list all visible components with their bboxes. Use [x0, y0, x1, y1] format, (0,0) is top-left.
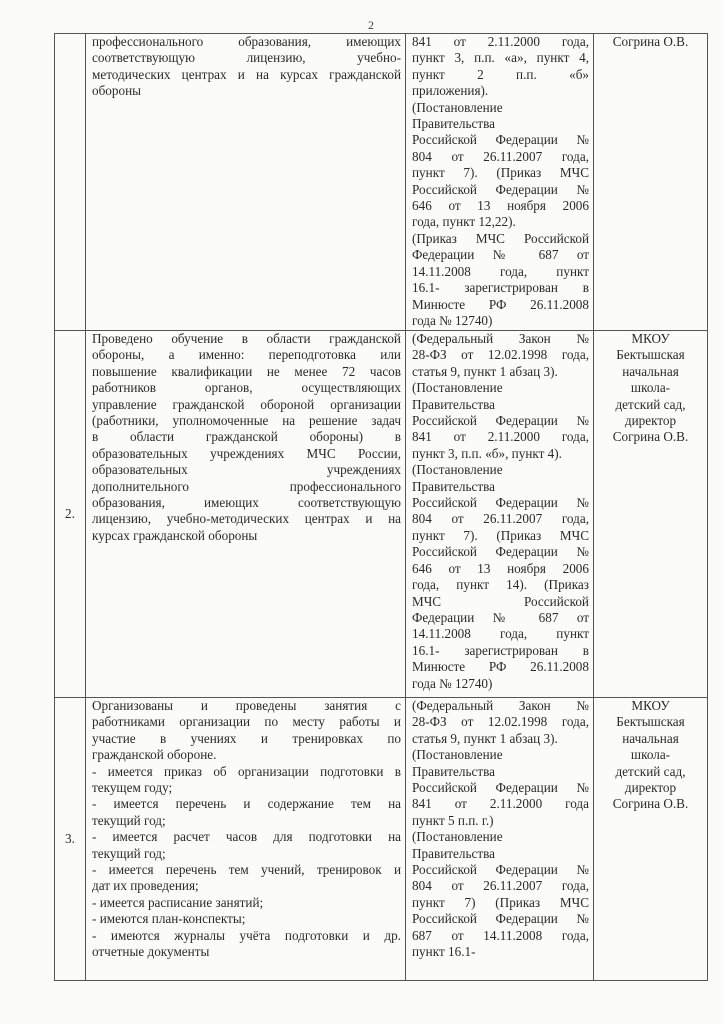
cell-line: лицензию, учебно-методических центрах и …: [92, 511, 401, 527]
legal-basis: (Федеральный Закон №28-ФЗ от 12.02.1998 …: [406, 698, 594, 981]
cell-line: года № 12740): [412, 676, 589, 692]
cell-line: 841 от 2.11.2000 года,: [412, 429, 589, 445]
cell-line: директор: [597, 413, 704, 429]
cell-line: Российской Федерации №: [412, 495, 589, 511]
measure-description: профессионального образования, имеющихсо…: [86, 34, 406, 331]
cell-line: методических центрах и на курсах граждан…: [92, 67, 401, 83]
cell-line: 646 от 13 ноября 2006: [412, 561, 589, 577]
cell-line: 804 от 26.11.2007 года,: [412, 878, 589, 894]
cell-line: - имеется расчет часов для подготовки на: [92, 829, 401, 845]
cell-line: года, пункт 12,22).: [412, 214, 589, 230]
cell-line: соответствующую лицензию, учебно-: [92, 50, 401, 66]
cell-line: (Постановление: [412, 100, 589, 116]
legal-basis: (Федеральный Закон №28-ФЗ от 12.02.1998 …: [406, 331, 594, 698]
cell-line: МКОУ: [597, 331, 704, 347]
cell-line: Российской Федерации №: [412, 132, 589, 148]
cell-line: отчетные документы: [92, 944, 401, 960]
responsible-party: МКОУБектышскаяначальнаяшкола-детский сад…: [594, 698, 708, 981]
cell-line: Российской Федерации №: [412, 780, 589, 796]
cell-line: обороны, а именно: переподготовка или: [92, 347, 401, 363]
cell-line: Федерации № 687 от: [412, 610, 589, 626]
cell-line: Организованы и проведены занятия с: [92, 698, 401, 714]
cell-line: (Постановление: [412, 380, 589, 396]
cell-line: МЧС Российской: [412, 594, 589, 610]
cell-line: 14.11.2008 года, пункт: [412, 264, 589, 280]
cell-line: Правительства: [412, 479, 589, 495]
cell-line: - имеется приказ об организации подготов…: [92, 764, 401, 780]
cell-line: 841 от 2.11.2000 года: [412, 796, 589, 812]
cell-line: (Федеральный Закон №: [412, 698, 589, 714]
cell-line: 14.11.2008 года, пункт: [412, 626, 589, 642]
table-row: профессионального образования, имеющихсо…: [55, 34, 708, 331]
cell-line: образовательных учреждениях МЧС России,: [92, 446, 401, 462]
cell-line: Бектышская: [597, 347, 704, 363]
cell-line: Российской Федерации №: [412, 911, 589, 927]
cell-line: Минюсте РФ 26.11.2008: [412, 659, 589, 675]
cell-line: работниками организации по месту работы …: [92, 714, 401, 730]
cell-line: пункт 7) (Приказ МЧС: [412, 895, 589, 911]
cell-line: пункт 5 п.п. г.): [412, 813, 589, 829]
responsible-party: МКОУБектышскаяначальнаяшкола-детский сад…: [594, 331, 708, 698]
cell-line: текущем году;: [92, 780, 401, 796]
cell-line: - имеется перечень тем учений, тренирово…: [92, 862, 401, 878]
cell-line: участие в учениях и тренировках по: [92, 731, 401, 747]
cell-line: Российской Федерации №: [412, 413, 589, 429]
cell-line: Федерации № 687 от: [412, 247, 589, 263]
cell-line: (Приказ МЧС Российской: [412, 231, 589, 247]
cell-line: - имеются журналы учёта подготовки и др.: [92, 928, 401, 944]
cell-line: года № 12740): [412, 313, 589, 329]
cell-line: Согрина О.В.: [597, 34, 704, 50]
cell-line: дополнительного профессионального: [92, 479, 401, 495]
page-number: 2: [368, 18, 374, 33]
row-number: 2.: [55, 331, 86, 698]
cell-line: гражданской обороне.: [92, 747, 401, 763]
cell-line: Правительства: [412, 764, 589, 780]
cell-line: повышение квалификации не менее 72 часов: [92, 364, 401, 380]
cell-line: 646 от 13 ноября 2006: [412, 198, 589, 214]
table-row: 2.Проведено обучение в области гражданск…: [55, 331, 708, 698]
row-number: 3.: [55, 698, 86, 981]
cell-line: 804 от 26.11.2007 года,: [412, 149, 589, 165]
table-row: 3.Организованы и проведены занятия срабо…: [55, 698, 708, 981]
cell-line: текущий год;: [92, 846, 401, 862]
cell-line: детский сад,: [597, 397, 704, 413]
cell-line: образовательных учреждениях: [92, 462, 401, 478]
cell-line: курсах гражданской обороны: [92, 528, 401, 544]
cell-line: Российской Федерации №: [412, 182, 589, 198]
cell-line: 16.1- зарегистрирован в: [412, 643, 589, 659]
cell-line: пункт 2 п.п. «б»: [412, 67, 589, 83]
cell-line: работников органов, осуществляющих: [92, 380, 401, 396]
cell-line: (Постановление: [412, 462, 589, 478]
cell-line: статья 9, пункт 1 абзац 3).: [412, 364, 589, 380]
cell-line: (работники, уполномоченные на решение за…: [92, 413, 401, 429]
measure-description: Проведено обучение в области гражданской…: [86, 331, 406, 698]
cell-line: Российской Федерации №: [412, 544, 589, 560]
cell-line: начальная: [597, 731, 704, 747]
cell-line: 841 от 2.11.2000 года,: [412, 34, 589, 50]
cell-line: Бектышская: [597, 714, 704, 730]
cell-line: (Постановление: [412, 747, 589, 763]
cell-line: 804 от 26.11.2007 года,: [412, 511, 589, 527]
cell-line: пункт 3, п.п. «б», пункт 4).: [412, 446, 589, 462]
cell-line: - имеется расписание занятий;: [92, 895, 401, 911]
cell-line: статья 9, пункт 1 абзац 3).: [412, 731, 589, 747]
legal-basis: 841 от 2.11.2000 года,пункт 3, п.п. «а»,…: [406, 34, 594, 331]
cell-line: директор: [597, 780, 704, 796]
cell-line: 28-ФЗ от 12.02.1998 года,: [412, 347, 589, 363]
cell-line: школа-: [597, 380, 704, 396]
cell-line: Проведено обучение в области гражданской: [92, 331, 401, 347]
cell-line: 28-ФЗ от 12.02.1998 года,: [412, 714, 589, 730]
cell-line: пункт 7). (Приказ МЧС: [412, 528, 589, 544]
cell-line: Правительства: [412, 397, 589, 413]
cell-line: образования, имеющих соответствующую: [92, 495, 401, 511]
cell-line: в области гражданской обороны) в: [92, 429, 401, 445]
cell-line: Российской Федерации №: [412, 862, 589, 878]
cell-line: (Федеральный Закон №: [412, 331, 589, 347]
cell-line: начальная: [597, 364, 704, 380]
cell-line: текущий год;: [92, 813, 401, 829]
cell-line: (Постановление: [412, 829, 589, 845]
cell-line: Минюсте РФ 26.11.2008: [412, 297, 589, 313]
cell-line: пункт 3, п.п. «а», пункт 4,: [412, 50, 589, 66]
cell-line: школа-: [597, 747, 704, 763]
cell-line: приложения).: [412, 83, 589, 99]
responsible-party: Согрина О.В.: [594, 34, 708, 331]
cell-line: обороны: [92, 83, 401, 99]
cell-line: пункт 16.1-: [412, 944, 589, 960]
cell-line: Правительства: [412, 846, 589, 862]
cell-line: МКОУ: [597, 698, 704, 714]
cell-line: управление гражданской обороной организа…: [92, 397, 401, 413]
cell-line: 687 от 14.11.2008 года,: [412, 928, 589, 944]
cell-line: Согрина О.В.: [597, 429, 704, 445]
cell-line: года, пункт 14). (Приказ: [412, 577, 589, 593]
row-number: [55, 34, 86, 331]
inspection-table: профессионального образования, имеющихсо…: [54, 33, 708, 981]
cell-line: - имеются план-конспекты;: [92, 911, 401, 927]
cell-line: Правительства: [412, 116, 589, 132]
cell-line: дат их проведения;: [92, 878, 401, 894]
cell-line: детский сад,: [597, 764, 704, 780]
measure-description: Организованы и проведены занятия сработн…: [86, 698, 406, 981]
cell-line: профессионального образования, имеющих: [92, 34, 401, 50]
cell-line: пункт 7). (Приказ МЧС: [412, 165, 589, 181]
cell-line: - имеется перечень и содержание тем на: [92, 796, 401, 812]
cell-line: 16.1- зарегистрирован в: [412, 280, 589, 296]
cell-line: Согрина О.В.: [597, 796, 704, 812]
